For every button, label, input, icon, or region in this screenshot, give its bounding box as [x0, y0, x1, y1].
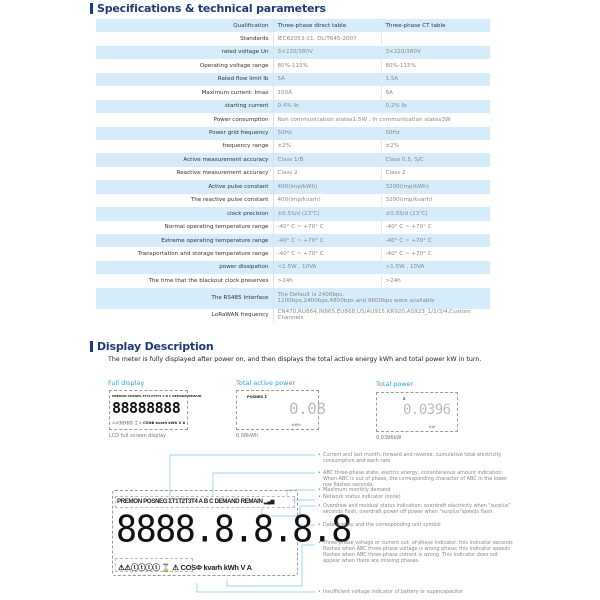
lcd-bottom-indicators: ⚠⚠ⓣⓣⓣⓣ ⌛ ⚠ COSΦ kvarh kWh V A — [118, 562, 252, 573]
spec-title-text: Specifications & technical parameters — [97, 2, 326, 15]
thumb-power-digits: 0.0396 — [403, 402, 451, 418]
spec-row: power dissipation<1.5W , 10VA>1.5W , 10V… — [96, 261, 490, 274]
spec-value-ct: 50Hz — [381, 127, 490, 140]
thumb-caption-full: LCD full screen display — [109, 433, 166, 439]
spec-row: rated voltage Un3×220/380V3×220/380V — [96, 46, 490, 59]
spec-value-line: 1200bps,2400bps,4800bps and 9600bps were… — [278, 298, 487, 304]
spec-value-ct: -40° C ~ +70° C — [381, 234, 490, 247]
spec-label: Rated flow limit Ib — [96, 73, 273, 86]
spec-row: Operating voltage range80%-115%80%-115% — [96, 59, 490, 72]
spec-label: Operating voltage range — [96, 59, 273, 72]
thumb-label-total-active-power: Total active power — [236, 379, 295, 387]
spec-value-ct: >24h — [381, 274, 490, 287]
spec-value-direct: <1.5W , 10VA — [273, 261, 381, 274]
spec-value-ct: -40° C ~ +70° C — [381, 247, 490, 260]
spec-table: QualificationThree-phase direct tableThr… — [96, 19, 490, 322]
callout-item: Data display and the corresponding unit … — [318, 522, 514, 528]
thumb-full-digits: 88888888 — [112, 400, 180, 416]
thumb-lcd-full: PREMON POSNEG ΣT1T2T3T4 A B C DEMAND REM… — [109, 390, 188, 430]
thumb-lcd-total-power: Σ 0.0396 kW — [376, 392, 458, 432]
display-description: The meter is fully displayed after power… — [108, 356, 508, 364]
spec-label: rated voltage Un — [96, 46, 273, 59]
spec-row: The time that the blackout clock preserv… — [96, 274, 490, 287]
thumb-caption-active: 0.08kWh — [236, 433, 258, 439]
spec-value-direct: IEC62053-21, DL/T645-2007 — [273, 32, 381, 45]
spec-row: Active pulse constant400(imp/kWh)3200(im… — [96, 180, 490, 193]
thumb-caption-power: 0.0396kW — [376, 435, 401, 441]
lcd-top-text: PREMON POSNEG ΣT1T2T3T4 A B C DEMAND REM… — [117, 498, 263, 505]
spec-value-direct: -40° C ~ +70° C — [273, 234, 381, 247]
thumb-label-total-power: Total power — [376, 380, 413, 388]
spec-label: The reactive pulse constant — [96, 194, 273, 207]
title-bar-icon — [90, 341, 93, 352]
callout-item: ABC three-phase state, electric energy, … — [318, 470, 514, 488]
spec-label: Extreme operating temperature range — [96, 234, 273, 247]
spec-value-ct: 3200(imp/kWh) — [381, 180, 490, 193]
callout-item: Current and last month, forward and reve… — [318, 452, 514, 464]
spec-row: starting current0.4% Ib0,2% Ib — [96, 100, 490, 113]
spec-row: Transportation and storage temperature r… — [96, 247, 490, 260]
callout-item: Three-phase voltage or current out- of-p… — [318, 540, 514, 564]
lcd-top-indicators: PREMON POSNEG ΣT1T2T3T4 A B C DEMAND REM… — [117, 498, 274, 505]
spec-label: Active pulse constant — [96, 180, 273, 193]
lcd-main-digits: 8888.8.8.8.8 — [116, 510, 351, 550]
spec-label: Reactive measurement accuracy — [96, 167, 273, 180]
thumb-full-bottom-text: ⚠⚠ⓣⓣⓣⓣ ⌛⚠ COSΦ kvarh kWh V A — [112, 421, 185, 426]
thumb-lcd-active-power: POSNEG Σ 0.08 kWh — [236, 390, 319, 430]
spec-row: clock precision±0.5S/d (23℃)±0.5S/d (23℃… — [96, 207, 490, 220]
spec-value-direct: 5A — [273, 73, 381, 86]
callout-item: Network status indicator (none) — [318, 494, 514, 500]
spec-value-ct: 3200(imp/kvarh) — [381, 194, 490, 207]
title-bar-icon — [90, 3, 93, 14]
spec-value-direct: ±0.5S/d (23℃) — [273, 207, 381, 220]
thumb-full-top-text: PREMON POSNEG ΣT1T2T3T4 A B C DEMAND REM… — [112, 394, 201, 398]
spec-row: frequency range±2%±2% — [96, 140, 490, 153]
thumb-active-digits: 0.08 — [289, 399, 326, 418]
spec-row: Extreme operating temperature range-40° … — [96, 234, 490, 247]
lcd-diagram: PREMON POSNEG ΣT1T2T3T4 A B C DEMAND REM… — [112, 490, 298, 576]
spec-value-ct: 0,2% Ib — [381, 100, 490, 113]
thumb-active-top-text: POSNEG Σ — [247, 395, 267, 399]
spec-value-ct: 1.5A — [381, 73, 490, 86]
spec-value-merged: Non communication states1.5W , In commun… — [273, 113, 490, 126]
spec-row: Rated flow limit Ib5A1.5A — [96, 73, 490, 86]
header-cell-direct: Three-phase direct table — [273, 19, 381, 32]
thumb-power-top-text: Σ — [403, 397, 405, 401]
spec-label: The time that the blackout clock preserv… — [96, 274, 273, 287]
spec-value-ct — [381, 32, 490, 45]
signal-strength-icon: ▂▄▆ — [264, 499, 274, 505]
spec-value-direct: Class 2 — [273, 167, 381, 180]
spec-value-merged: The Default is 2400bps.1200bps,2400bps,4… — [273, 288, 490, 309]
spec-label: clock precision — [96, 207, 273, 220]
spec-label: The RS485 Interface — [96, 288, 273, 309]
spec-row: Maximum current: Imax100A6A — [96, 86, 490, 99]
thumb-active-unit: kWh — [292, 423, 301, 427]
spec-value-ct: Class 2 — [381, 167, 490, 180]
spec-value-ct: Class 0.5, S/C — [381, 153, 490, 166]
spec-label: Power grid frequency — [96, 127, 273, 140]
spec-value-direct: ±2% — [273, 140, 381, 153]
spec-label: Transportation and storage temperature r… — [96, 247, 273, 260]
callout-item: Overdraw and residual status indication:… — [318, 503, 514, 515]
callout-item: Insufficient voltage indicator of batter… — [318, 589, 514, 595]
spec-value-ct: ±0.5S/d (23℃) — [381, 207, 490, 220]
spec-value-direct: 400(imp/kvarh) — [273, 194, 381, 207]
spec-row: Power consumptionNon communication state… — [96, 113, 490, 126]
thumb-label-full-display: Full display — [108, 379, 144, 387]
display-title-text: Display Description — [97, 340, 214, 353]
display-section-title: Display Description — [90, 340, 214, 353]
spec-value-direct: 400(imp/kWh) — [273, 180, 381, 193]
spec-value-merged: CN470,RU864,IN865,EU868,US/AU915,KR920,A… — [273, 309, 490, 322]
spec-row: Reactive measurement accuracyClass 2Clas… — [96, 167, 490, 180]
spec-label: starting current — [96, 100, 273, 113]
spec-label: LoRaWAN frequency — [96, 309, 273, 322]
spec-value-direct: 100A — [273, 86, 381, 99]
spec-row: LoRaWAN frequencyCN470,RU864,IN865,EU868… — [96, 309, 490, 322]
header-cell-ct: Three-phase CT table — [381, 19, 490, 32]
callout-item: Maximum monthly demand — [318, 487, 514, 493]
spec-label: frequency range — [96, 140, 273, 153]
spec-value-direct: 3×220/380V — [273, 46, 381, 59]
spec-value-direct: 50Hz — [273, 127, 381, 140]
spec-value-direct: 0.4% Ib — [273, 100, 381, 113]
spec-value-ct: -40° C ~ +70° C — [381, 221, 490, 234]
spec-value-direct: Class 1/B — [273, 153, 381, 166]
spec-row: The reactive pulse constant400(imp/kvarh… — [96, 194, 490, 207]
spec-value-ct: >1.5W , 10VA — [381, 261, 490, 274]
spec-label: Normal operating temperature range — [96, 221, 273, 234]
spec-row: Normal operating temperature range-40° C… — [96, 221, 490, 234]
thumb-power-unit: kW — [429, 425, 435, 429]
spec-row: StandardsIEC62053-21, DL/T645-2007 — [96, 32, 490, 45]
spec-label: power dissipation — [96, 261, 273, 274]
spec-value-ct: ±2% — [381, 140, 490, 153]
spec-value-ct: 3×220/380V — [381, 46, 490, 59]
spec-label: Active measurement accuracy — [96, 153, 273, 166]
spec-header-row: QualificationThree-phase direct tableThr… — [96, 19, 490, 32]
spec-label: Power consumption — [96, 113, 273, 126]
spec-value-direct: -40° C ~ +70° C — [273, 247, 381, 260]
spec-row: Power grid frequency50Hz50Hz — [96, 127, 490, 140]
spec-label: Maximum current: Imax — [96, 86, 273, 99]
spec-row: Active measurement accuracyClass 1/BClas… — [96, 153, 490, 166]
spec-value-direct: -40° C ~ +70° C — [273, 221, 381, 234]
spec-value-ct: 80%-115% — [381, 59, 490, 72]
spec-value-ct: 6A — [381, 86, 490, 99]
spec-section-title: Specifications & technical parameters — [90, 2, 326, 15]
spec-label: Standards — [96, 32, 273, 45]
spec-value-direct: >24h — [273, 274, 381, 287]
spec-row: The RS485 InterfaceThe Default is 2400bp… — [96, 288, 490, 309]
header-cell-qualification: Qualification — [96, 19, 273, 32]
spec-value-direct: 80%-115% — [273, 59, 381, 72]
